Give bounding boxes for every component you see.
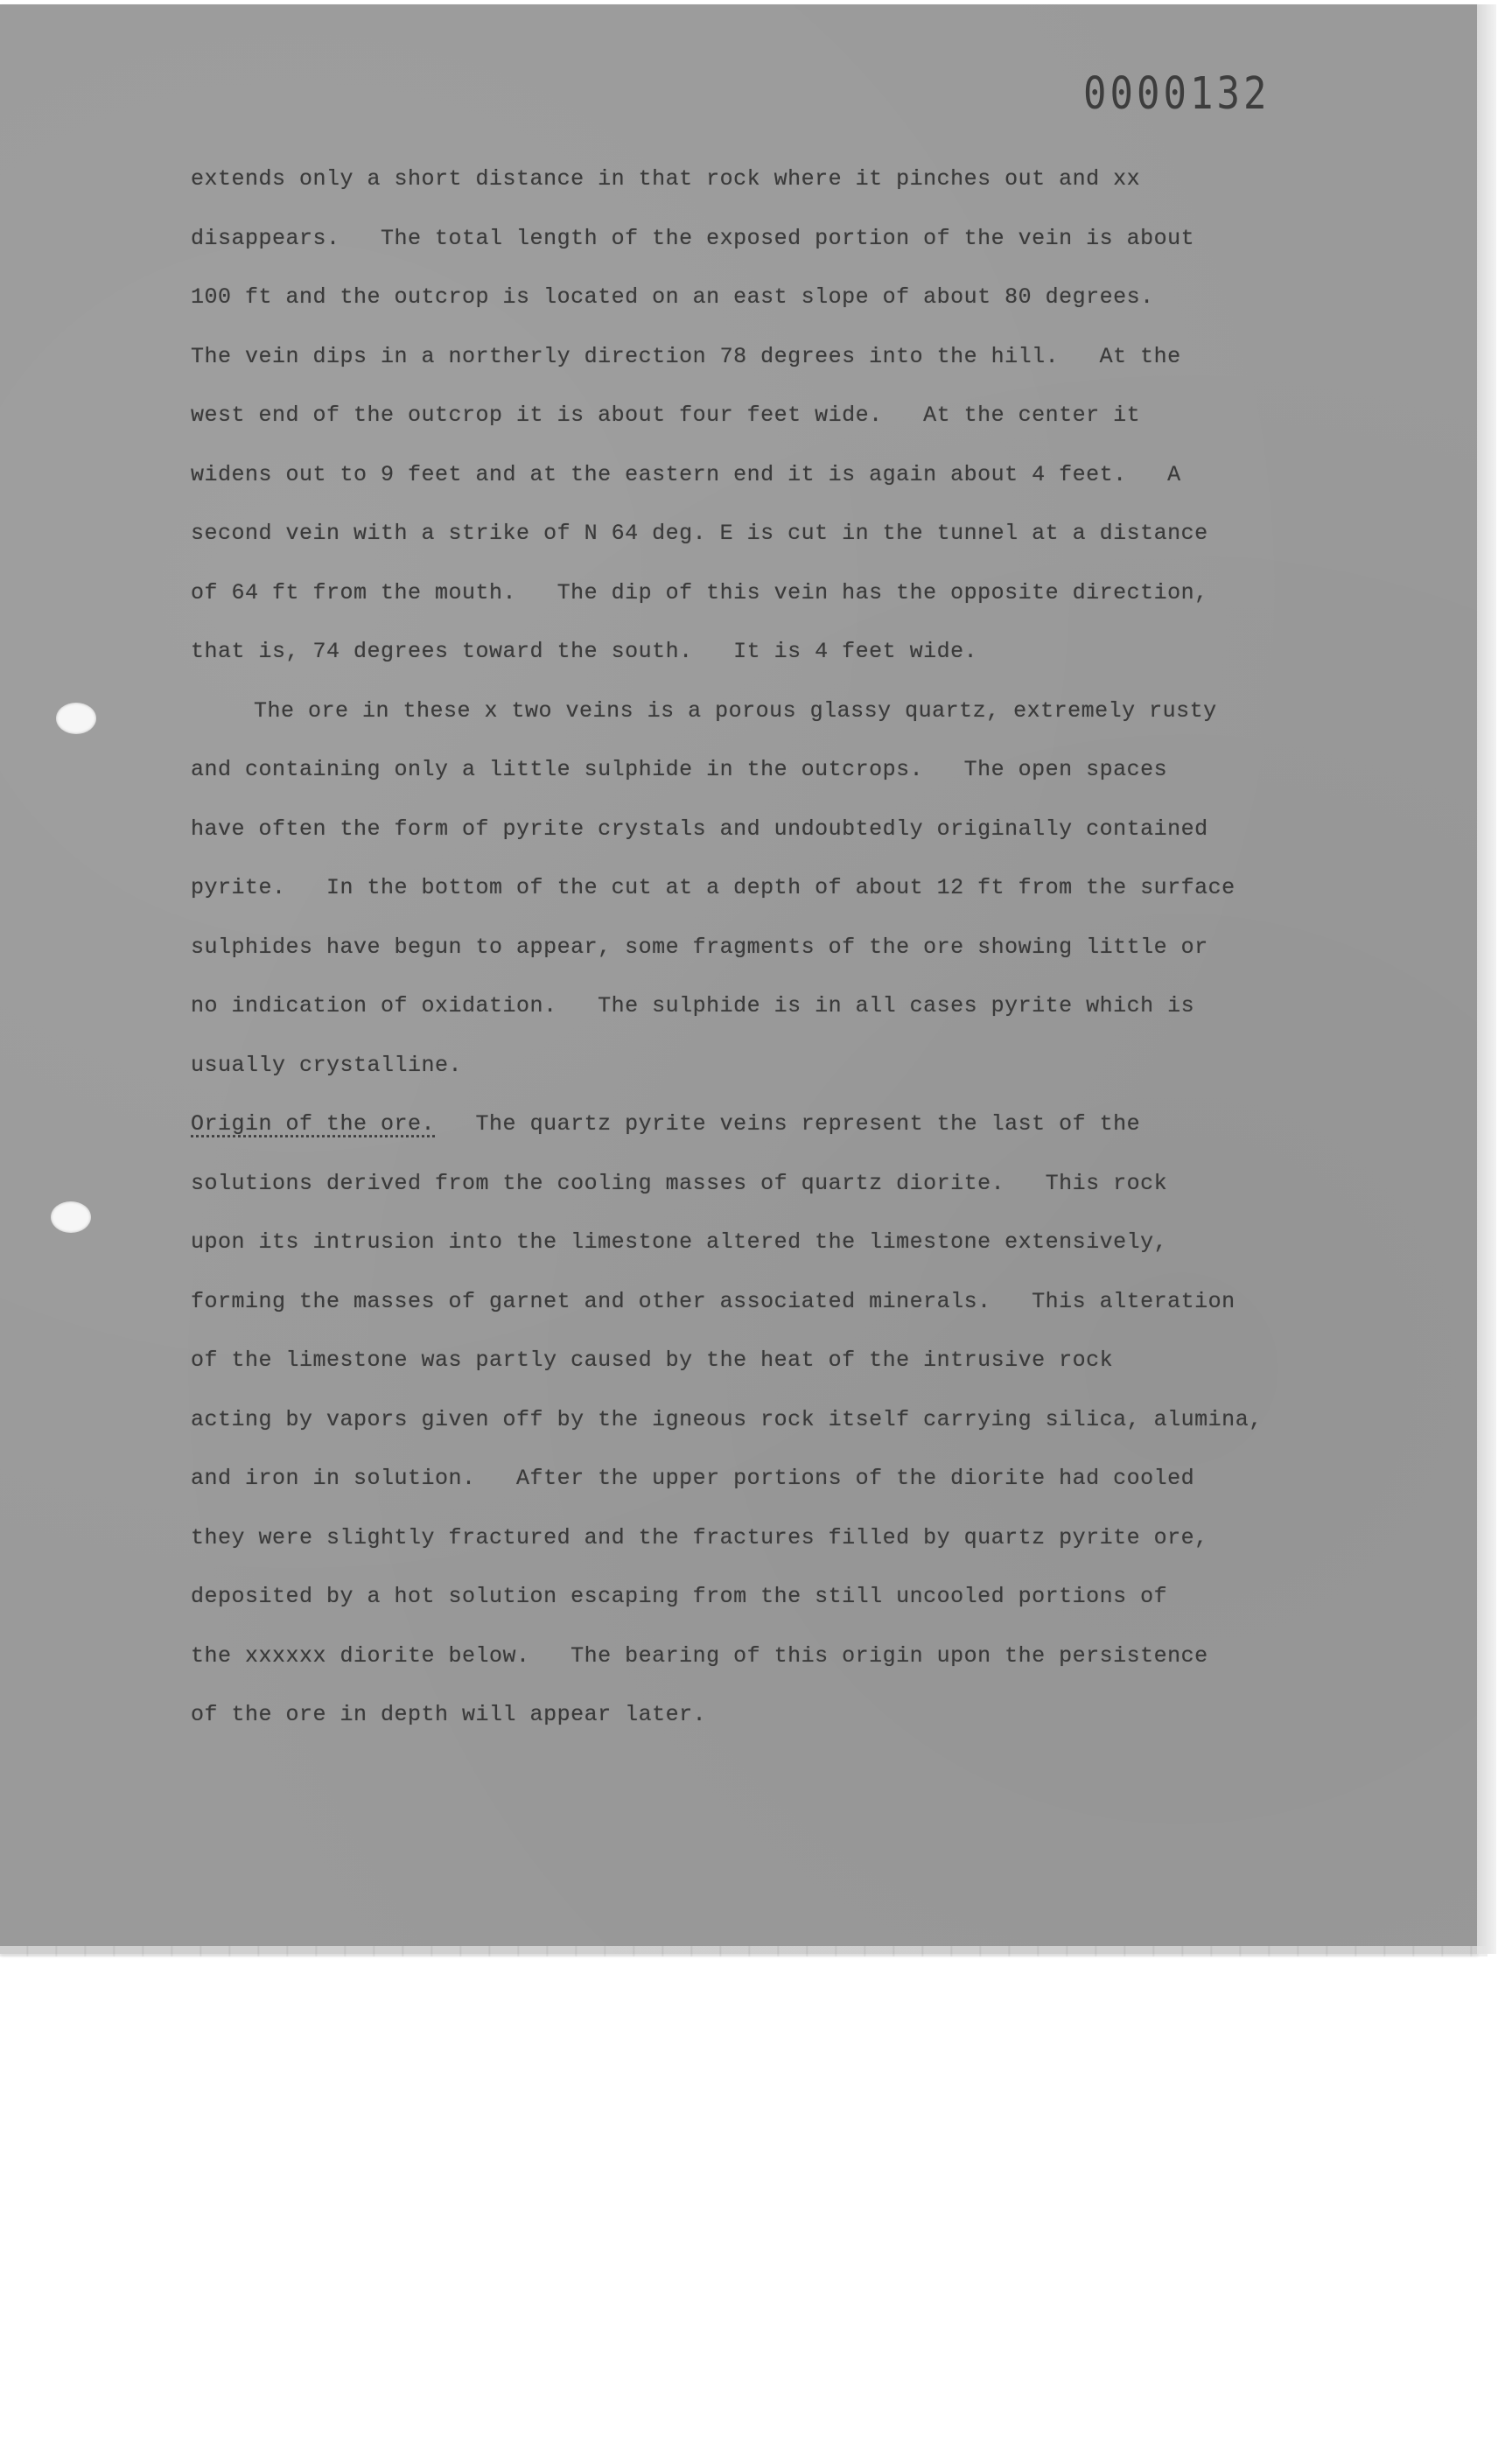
section-heading: Origin of the ore. bbox=[191, 1111, 435, 1137]
text-line: they were slightly fractured and the fra… bbox=[191, 1523, 1381, 1583]
text-line: and iron in solution. After the upper po… bbox=[191, 1464, 1381, 1523]
text-line: second vein with a strike of N 64 deg. E… bbox=[191, 519, 1381, 578]
text-line: of 64 ft from the mouth. The dip of this… bbox=[191, 578, 1381, 638]
text-line: forming the masses of garnet and other a… bbox=[191, 1287, 1381, 1347]
text-line: have often the form of pyrite crystals a… bbox=[191, 815, 1381, 874]
text-line: no indication of oxidation. The sulphide… bbox=[191, 991, 1381, 1051]
text-line: Origin of the ore. The quartz pyrite vei… bbox=[191, 1109, 1381, 1169]
scan-bottom-edge bbox=[0, 1946, 1487, 1956]
text-line: the xxxxxx diorite below. The bearing of… bbox=[191, 1641, 1381, 1701]
text-line: sulphides have begun to appear, some fra… bbox=[191, 933, 1381, 992]
text-line: deposited by a hot solution escaping fro… bbox=[191, 1582, 1381, 1641]
text-line: west end of the outcrop it is about four… bbox=[191, 401, 1381, 460]
punch-hole-top bbox=[56, 703, 96, 734]
text-line: 100 ft and the outcrop is located on an … bbox=[191, 283, 1381, 342]
text-line: disappears. The total length of the expo… bbox=[191, 224, 1381, 283]
text-line: The vein dips in a northerly direction 7… bbox=[191, 342, 1381, 402]
text-line: The ore in these x two veins is a porous… bbox=[191, 696, 1381, 756]
text-line: that is, 74 degrees toward the south. It… bbox=[191, 637, 1381, 696]
text-line: usually crystalline. bbox=[191, 1051, 1381, 1110]
paragraph-origin-of-ore: Origin of the ore. The quartz pyrite vei… bbox=[191, 1109, 1381, 1760]
page-edge bbox=[1477, 4, 1496, 1954]
page-number-stamp: 0000132 bbox=[1083, 68, 1270, 120]
text-line-rest: The quartz pyrite veins represent the la… bbox=[435, 1111, 1140, 1137]
text-line: extends only a short distance in that ro… bbox=[191, 164, 1381, 224]
document-body: extends only a short distance in that ro… bbox=[191, 164, 1381, 1760]
text-line: of the limestone was partly caused by th… bbox=[191, 1346, 1381, 1405]
punch-hole-bottom bbox=[51, 1201, 91, 1233]
text-line: solutions derived from the cooling masse… bbox=[191, 1169, 1381, 1228]
paragraph-vein-description: extends only a short distance in that ro… bbox=[191, 164, 1381, 696]
text-line: and containing only a little sulphide in… bbox=[191, 755, 1381, 815]
text-line: pyrite. In the bottom of the cut at a de… bbox=[191, 873, 1381, 933]
paragraph-ore-description: The ore in these x two veins is a porous… bbox=[191, 696, 1381, 1110]
text-line: upon its intrusion into the limestone al… bbox=[191, 1228, 1381, 1287]
text-line: acting by vapors given off by the igneou… bbox=[191, 1405, 1381, 1465]
text-line: of the ore in depth will appear later. bbox=[191, 1700, 1381, 1760]
text-line: widens out to 9 feet and at the eastern … bbox=[191, 460, 1381, 520]
